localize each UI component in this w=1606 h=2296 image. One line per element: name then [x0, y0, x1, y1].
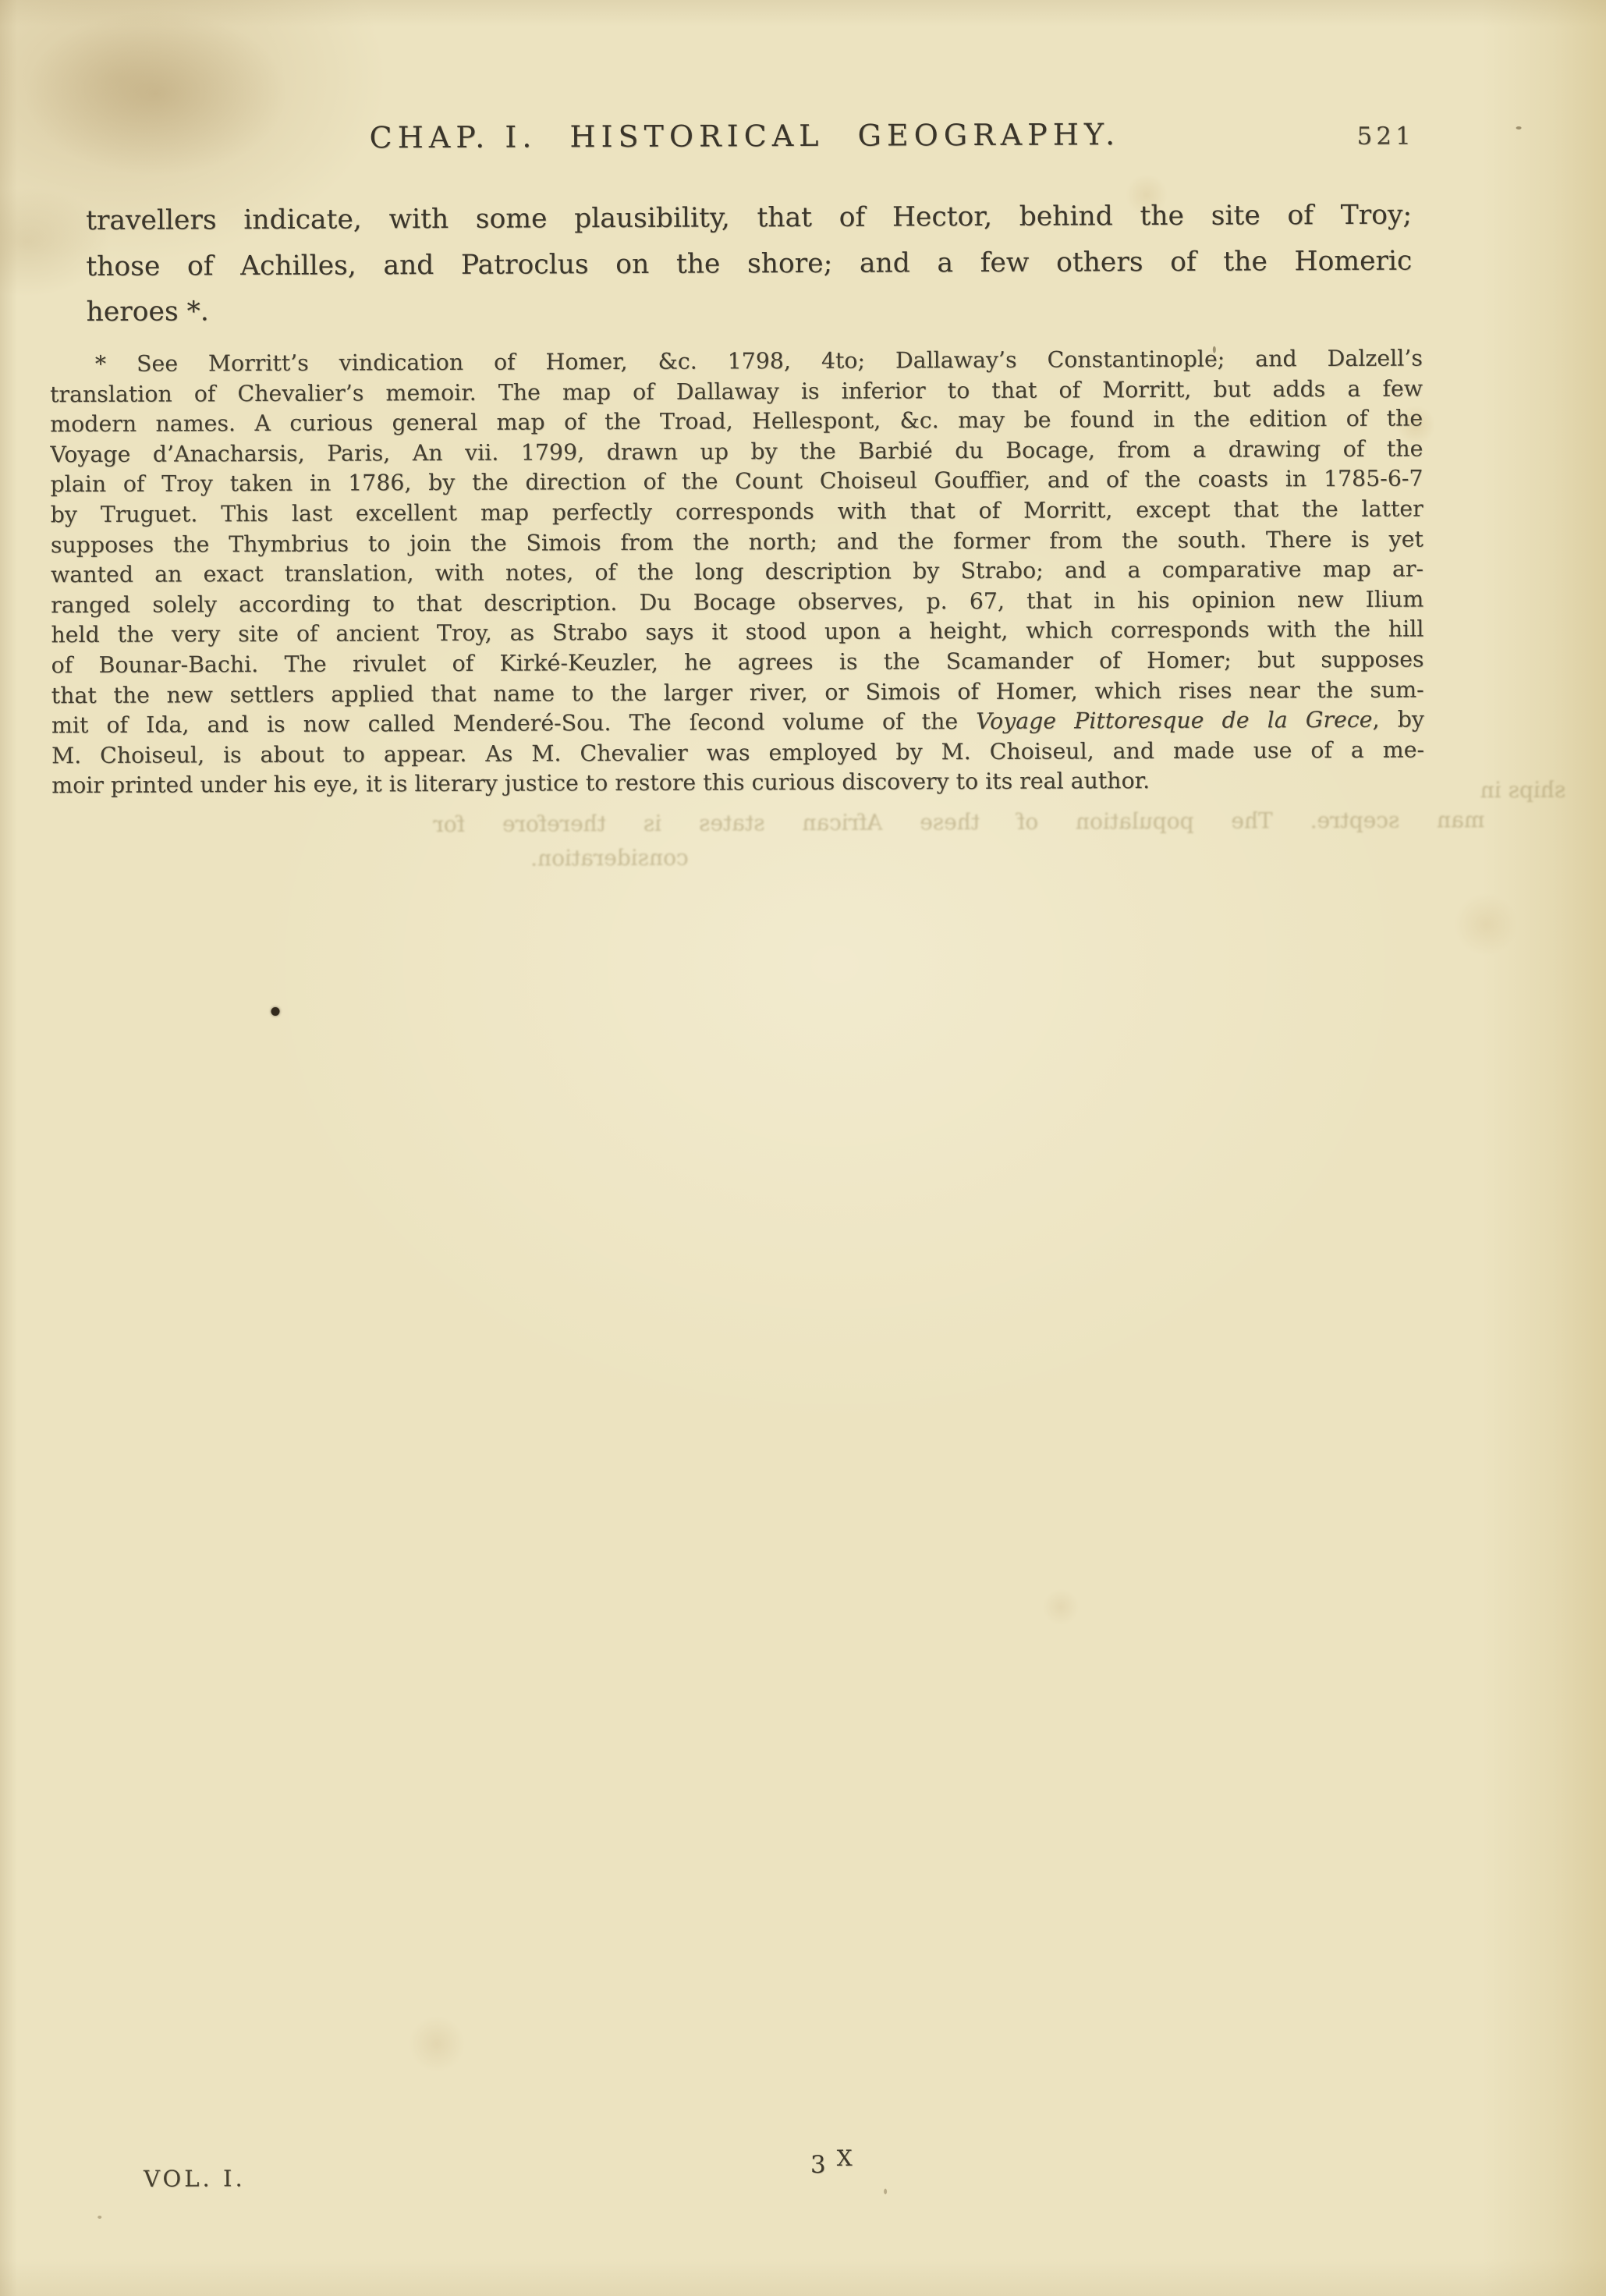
- page-title: HISTORICAL GEOGRAPHY.: [569, 117, 1120, 154]
- signature-mark: 3X: [810, 2144, 853, 2172]
- foxing-speck: [1213, 346, 1216, 353]
- bleedthrough-text: ships in: [1464, 777, 1565, 804]
- foxing-speck: [884, 2189, 887, 2195]
- footnote-line: moir printed under his eye, it is litera…: [51, 765, 1424, 801]
- body-line: heroes *.: [86, 284, 1412, 335]
- body-paragraph: travellers indicate, with some plausibil…: [86, 193, 1413, 335]
- signature-letter: X: [837, 2145, 853, 2171]
- signature-digit: 3: [810, 2151, 826, 2179]
- footnote-line-text: mit of Ida, and is now called Menderé-So…: [51, 708, 976, 738]
- book-page-scan: CHAP. I.HISTORICAL GEOGRAPHY. 521 travel…: [0, 0, 1606, 2296]
- volume-label: VOL. I.: [144, 2165, 246, 2192]
- page-content: CHAP. I.HISTORICAL GEOGRAPHY. 521 travel…: [0, 0, 1606, 2296]
- page-number: 521: [1357, 122, 1415, 151]
- italic-work-title: Voyage Pittoresque de la Grece: [976, 707, 1372, 734]
- running-header: CHAP. I.HISTORICAL GEOGRAPHY.: [370, 117, 1204, 155]
- foxing-speck: [97, 2216, 101, 2219]
- footnote-line: M. Choiseul, is about to appear. As M. C…: [51, 735, 1424, 771]
- chapter-label: CHAP. I.: [370, 119, 537, 154]
- body-line: travellers indicate, with some plausibil…: [86, 193, 1412, 244]
- body-line: those of Achilles, and Patroclus on the …: [86, 238, 1412, 289]
- footnote: * See Morritt’s vindication of Homer, &c…: [50, 344, 1425, 802]
- footnote-line-text: , by: [1372, 707, 1423, 733]
- foxing-speck: [1516, 126, 1522, 130]
- bleedthrough-text: consideration.: [505, 845, 689, 871]
- bleedthrough-text: man sceptre. The population of these Afr…: [433, 807, 1484, 837]
- ink-spot: [271, 1007, 279, 1016]
